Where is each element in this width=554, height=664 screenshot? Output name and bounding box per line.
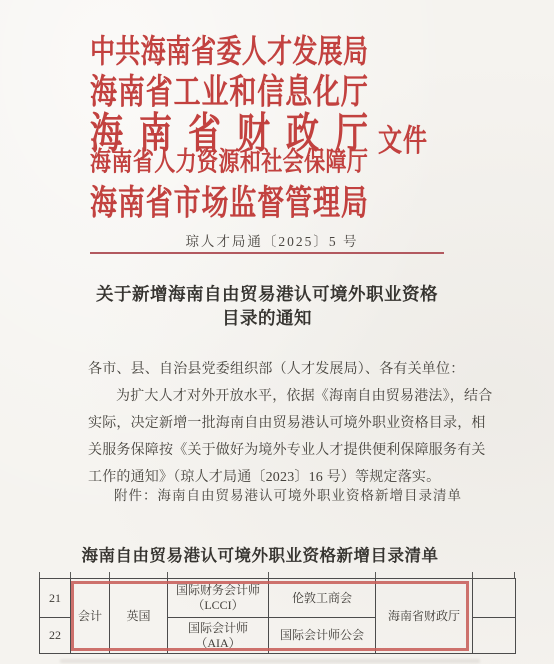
category-cell: 会计 (71, 579, 110, 654)
qualification-cell: 国际会计师（AIA） (168, 618, 269, 654)
table-title: 海南自由贸易港认可境外职业资格新增目录清单 (0, 542, 537, 566)
salutation-line: 各市、县、自治县党委组织部（人才发展局）、各有关单位： (88, 356, 470, 383)
country-cell: 英国 (110, 579, 168, 654)
doc-type-label: 文件 (378, 115, 428, 160)
document-number: 琼人才局通〔2025〕5 号 (0, 230, 544, 250)
scan-smudge (60, 659, 480, 663)
empty-cell (473, 579, 516, 618)
body-line-1: 为扩大人才对外开放水平，依据《海南自由贸易港法》，结合 (88, 383, 470, 410)
letterhead-agency-5: 海南省市场监督管理局 (90, 175, 368, 225)
body-text: 各市、县、自治县党委组织部（人才发展局）、各有关单位： 为扩大人才对外开放水平，… (88, 356, 470, 491)
body-line-3: 关服务保障按《关于做好为境外专业人才提供便利保障服务有关 (88, 437, 470, 464)
document-title-line-2: 目录的通知 (0, 306, 544, 330)
document-title: 关于新增海南自由贸易港认可境外职业资格 目录的通知 (0, 282, 544, 330)
qualification-name: 国际财务会计师 (170, 583, 266, 598)
qualification-abbr: （LCCI） (170, 598, 266, 613)
row-number-cell: 21 (40, 579, 71, 618)
empty-cell (473, 618, 516, 654)
table-row-21: 21 会计 英国 国际财务会计师 （LCCI） 伦敦工商会 海南省财政厅 (40, 579, 516, 618)
red-divider-rule (90, 252, 444, 254)
qualification-cell: 国际财务会计师 （LCCI） (168, 579, 269, 618)
qualification-table: 21 会计 英国 国际财务会计师 （LCCI） 伦敦工商会 海南省财政厅 22 … (39, 578, 516, 654)
issuer-cell: 国际会计师公会 (269, 618, 376, 654)
letterhead-agency-4: 海南省人力资源和社会保障厅 (90, 141, 368, 179)
document-page: 中共海南省委人才发展局 海南省工业和信息化厅 海南省财政厅 文件 海南省人力资源… (0, 0, 554, 664)
document-title-line-1: 关于新增海南自由贸易港认可境外职业资格 (0, 282, 544, 306)
authority-cell: 海南省财政厅 (376, 579, 473, 654)
issuer-cell: 伦敦工商会 (269, 579, 376, 618)
attachment-note: 附件：海南自由贸易港认可境外职业资格新增目录清单 (114, 484, 462, 504)
body-line-2: 实际，决定新增一批海南自由贸易港认可境外职业资格目录，相 (88, 410, 470, 437)
row-number-cell: 22 (40, 618, 71, 654)
